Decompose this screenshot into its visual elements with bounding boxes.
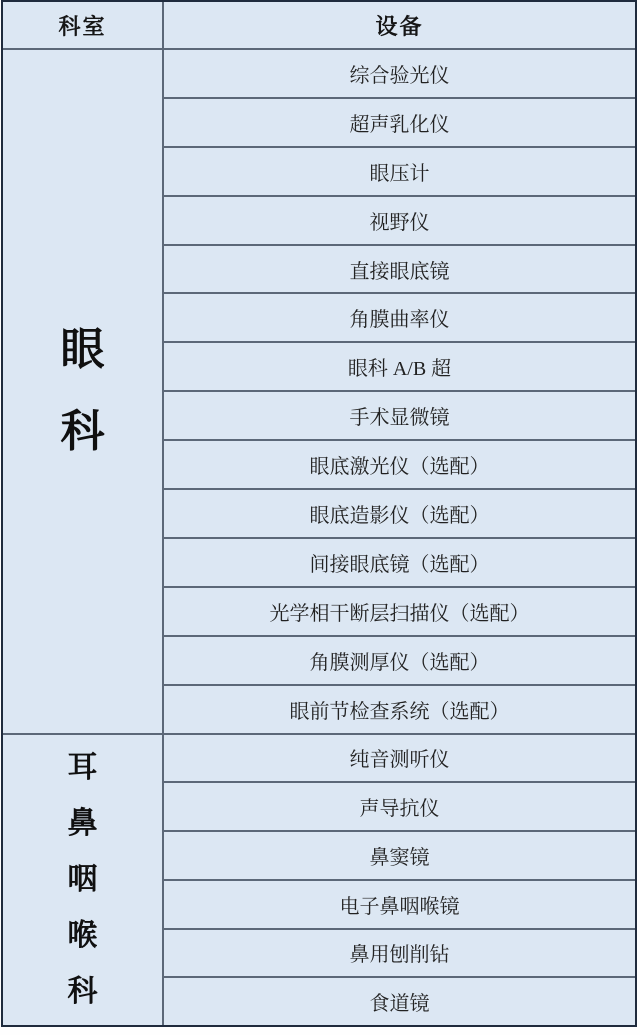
section-ophthalmology: 眼 科 综合验光仪 超声乳化仪 眼压计 视野仪 直接眼底镜 角膜曲率仪 眼科 A… bbox=[3, 50, 635, 733]
table-row: 眼压计 bbox=[164, 148, 635, 197]
table-row: 声导抗仪 bbox=[164, 783, 635, 832]
table-row: 间接眼底镜（选配） bbox=[164, 539, 635, 588]
table-row: 眼前节检查系统（选配） bbox=[164, 686, 635, 733]
equipment-name: 眼底激光仪（选配） bbox=[310, 450, 490, 479]
department-label-ophthalmology: 眼 科 bbox=[3, 50, 164, 733]
equipment-name: 综合验光仪 bbox=[350, 59, 450, 88]
equipment-name: 眼前节检查系统（选配） bbox=[290, 695, 510, 724]
department-char: 耳 bbox=[68, 753, 98, 783]
table-row: 眼底激光仪（选配） bbox=[164, 441, 635, 490]
equipment-name: 超声乳化仪 bbox=[350, 108, 450, 137]
section-ent: 耳 鼻 咽 喉 科 纯音测听仪 声导抗仪 鼻窦镜 电子鼻咽喉镜 鼻用刨削钻 食道… bbox=[3, 733, 635, 1026]
equipment-name: 间接眼底镜（选配） bbox=[310, 548, 490, 577]
table-row: 超声乳化仪 bbox=[164, 99, 635, 148]
equipment-name: 声导抗仪 bbox=[360, 792, 440, 821]
department-char: 咽 bbox=[68, 865, 98, 895]
department-char: 鼻 bbox=[68, 809, 98, 839]
department-char: 科 bbox=[68, 977, 98, 1007]
equipment-name: 角膜曲率仪 bbox=[350, 303, 450, 332]
table-row: 眼底造影仪（选配） bbox=[164, 490, 635, 539]
table-row: 光学相干断层扫描仪（选配） bbox=[164, 588, 635, 637]
table-row: 直接眼底镜 bbox=[164, 246, 635, 295]
department-equipment-table: 科室 设备 眼 科 综合验光仪 超声乳化仪 眼压计 视野仪 直接眼底镜 角膜曲率… bbox=[1, 0, 637, 1027]
department-char: 科 bbox=[61, 410, 105, 454]
table-row: 食道镜 bbox=[164, 978, 635, 1025]
table-row: 手术显微镜 bbox=[164, 392, 635, 441]
equipment-name: 眼底造影仪（选配） bbox=[310, 499, 490, 528]
equipment-name: 视野仪 bbox=[370, 206, 430, 235]
table-row: 纯音测听仪 bbox=[164, 735, 635, 784]
equipment-name: 手术显微镜 bbox=[350, 401, 450, 430]
table-row: 电子鼻咽喉镜 bbox=[164, 881, 635, 930]
equipment-name: 眼压计 bbox=[370, 157, 430, 186]
equipment-name: 鼻窦镜 bbox=[370, 841, 430, 870]
table-row: 鼻用刨削钻 bbox=[164, 930, 635, 979]
equipment-name: 电子鼻咽喉镜 bbox=[340, 890, 460, 919]
equipment-name: 眼科 A/B 超 bbox=[348, 352, 451, 381]
equipment-name: 鼻用刨削钻 bbox=[350, 938, 450, 967]
table-row: 综合验光仪 bbox=[164, 50, 635, 99]
table-row: 角膜曲率仪 bbox=[164, 294, 635, 343]
equipment-name: 角膜测厚仪（选配） bbox=[310, 646, 490, 675]
table-header-row: 科室 设备 bbox=[3, 2, 635, 50]
table-row: 鼻窦镜 bbox=[164, 832, 635, 881]
table-row: 眼科 A/B 超 bbox=[164, 343, 635, 392]
equipment-name: 纯音测听仪 bbox=[350, 743, 450, 772]
table-row: 角膜测厚仪（选配） bbox=[164, 637, 635, 686]
header-department: 科室 bbox=[3, 2, 164, 48]
equipment-name: 直接眼底镜 bbox=[350, 255, 450, 284]
department-char: 喉 bbox=[68, 921, 98, 951]
equipment-name: 光学相干断层扫描仪（选配） bbox=[270, 597, 530, 626]
department-char: 眼 bbox=[61, 328, 105, 372]
department-label-ent: 耳 鼻 咽 喉 科 bbox=[3, 735, 164, 1026]
equipment-name: 食道镜 bbox=[370, 987, 430, 1016]
equipment-list-ophthalmology: 综合验光仪 超声乳化仪 眼压计 视野仪 直接眼底镜 角膜曲率仪 眼科 A/B 超… bbox=[164, 50, 635, 733]
header-equipment: 设备 bbox=[164, 2, 635, 48]
equipment-list-ent: 纯音测听仪 声导抗仪 鼻窦镜 电子鼻咽喉镜 鼻用刨削钻 食道镜 bbox=[164, 735, 635, 1026]
table-row: 视野仪 bbox=[164, 197, 635, 246]
